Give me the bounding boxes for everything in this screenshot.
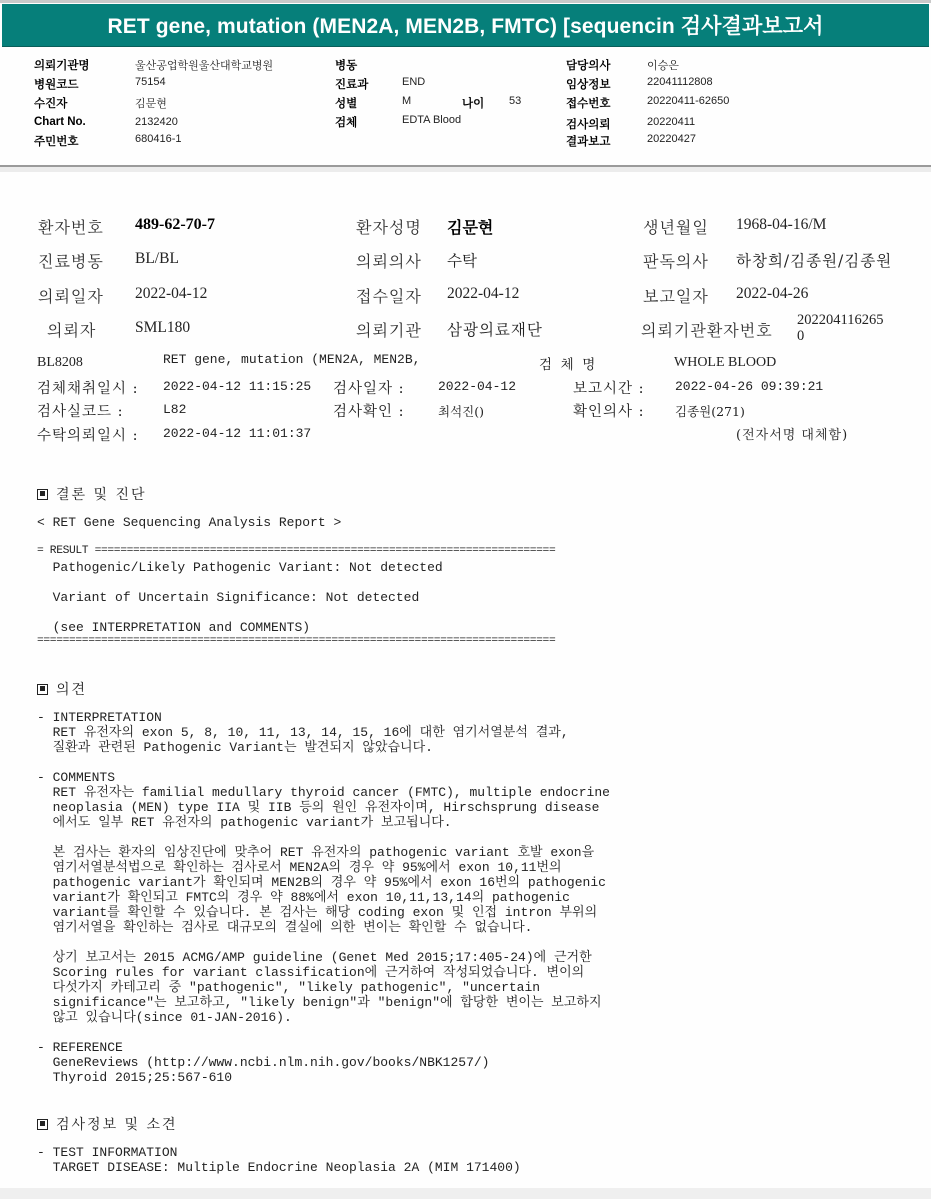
result-header: = RESULT ===============================… [37, 544, 555, 559]
reference-head: - REFERENCE [37, 1040, 123, 1055]
square-bullet-icon [37, 1119, 48, 1130]
comments-line: significance"는 보고하고, "likely benign"과 "b… [37, 995, 602, 1010]
result-line: (see INTERPRETATION and COMMENTS) [37, 620, 310, 635]
ref-institution-label: 의뢰기관 [356, 318, 422, 341]
ref-patient-no-label: 의뢰기관환자번호 [641, 318, 773, 341]
section-opinion: 의견 [37, 679, 87, 699]
square-bullet-icon [37, 489, 48, 500]
header-value: M [402, 95, 411, 107]
comments-line: 상기 보고서는 2015 ACMG/AMP guideline (Genet M… [37, 950, 592, 965]
patient-name-value: 김문현 [447, 215, 493, 238]
comments-line: variant를 확인할 수 있습니다. 본 검사는 해당 coding exo… [37, 905, 597, 920]
header-label: 병동 [335, 57, 357, 73]
section-title: 결론 및 진단 [56, 484, 147, 504]
header-value: 75154 [135, 76, 166, 88]
requester-label: 의뢰자 [47, 318, 96, 341]
comments-line: Scoring rules for variant classification… [37, 965, 584, 980]
comments-line: 염기서열을 확인하는 검사로 대규모의 결실에 의한 변이는 확인할 수 없습니… [37, 920, 532, 935]
header-label: 임상정보 [566, 76, 610, 92]
reading-doctor-label: 판독의사 [643, 249, 709, 272]
square-bullet-icon [37, 684, 48, 695]
comments-line: 염기서열분석법으로 확인하는 검사로서 MEN2A의 경우 약 95%에서 ex… [37, 860, 562, 875]
ward-label: 진료병동 [38, 249, 104, 272]
specimen-label: 검 체 명 [539, 353, 595, 373]
ref-institution-value: 삼광의료재단 [447, 318, 543, 340]
section-test-info: 검사정보 및 소견 [37, 1114, 178, 1134]
birth-value: 1968-04-16/M [736, 216, 826, 234]
test-name: RET gene, mutation (MEN2A, MEN2B, [163, 352, 420, 367]
ref-patient-no-value-cont: 0 [797, 328, 804, 345]
comments-line: neoplasia (MEN) type IIA 및 IIB 등의 원인 유전자… [37, 800, 599, 815]
lab-code-label: 검사실코드 : [37, 400, 124, 421]
comments-line: pathogenic variant가 확인되며 MEN2B의 경우 약 95%… [37, 875, 606, 890]
reference-line: GeneReviews (http://www.ncbi.nlm.nih.gov… [37, 1055, 489, 1070]
ward-value: BL/BL [135, 250, 179, 268]
lab-code-value: L82 [163, 402, 186, 417]
comments-line: 않고 있습니다(since 01-JAN-2016). [37, 1010, 292, 1025]
interpretation-line: 질환과 관련된 Pathogenic Variant는 발견되지 않았습니다. [37, 740, 433, 755]
receipt-date-label: 접수일자 [356, 284, 422, 307]
test-code: BL8208 [37, 355, 83, 371]
header-label: 결과보고 [566, 133, 610, 149]
comments-line: 다섯가지 카테고리 중 "pathogenic", "likely pathog… [37, 980, 540, 995]
report-time-label: 보고시간 : [573, 377, 645, 398]
header-label: 수진자 [34, 95, 67, 111]
result-line: Variant of Uncertain Significance: Not d… [37, 590, 419, 605]
report-title-line: < RET Gene Sequencing Analysis Report > [37, 515, 341, 530]
confirm-doctor-value: 김종원(271) [675, 402, 745, 420]
receipt-date-value: 2022-04-12 [447, 285, 519, 303]
comments-line: 에서도 일부 RET 유전자의 pathogenic variant가 보고됩니… [37, 815, 452, 830]
patient-no-value: 489-62-70-7 [135, 216, 215, 234]
bottom-band [0, 1188, 931, 1199]
consign-value: 2022-04-12 11:01:37 [163, 426, 311, 441]
collect-value: 2022-04-12 11:15:25 [163, 379, 311, 394]
header-value: 울산공업학원울산대학교병원 [135, 57, 273, 73]
request-date-label: 의뢰일자 [38, 284, 104, 307]
header-label: 주민번호 [34, 133, 78, 149]
header-label: 담당의사 [566, 57, 610, 73]
interpretation-line: RET 유전자의 exon 5, 8, 10, 11, 13, 14, 15, … [37, 725, 569, 740]
header-label: 병원코드 [34, 76, 78, 92]
report-date-value: 2022-04-26 [736, 285, 808, 303]
ref-doctor-label: 의뢰의사 [356, 249, 422, 272]
patient-no-label: 환자번호 [38, 215, 104, 238]
report-time-value: 2022-04-26 09:39:21 [675, 379, 823, 394]
interpretation-head: - INTERPRETATION [37, 710, 162, 725]
consign-label: 수탁의뢰일시 : [37, 424, 139, 445]
header-label: 검체 [335, 114, 357, 130]
header-value: 20220411-62650 [647, 95, 729, 107]
test-date-value: 2022-04-12 [438, 379, 516, 394]
header-value: 22041112808 [647, 76, 713, 88]
patient-name-label: 환자성명 [356, 215, 422, 238]
header-value: EDTA Blood [402, 114, 461, 126]
header-label: 접수번호 [566, 95, 610, 111]
header-label: 진료과 [335, 76, 368, 92]
header-label: Chart No. [34, 116, 86, 128]
collect-label: 검체채취일시 : [37, 377, 139, 398]
section-title: 검사정보 및 소견 [56, 1114, 178, 1134]
section-title: 의견 [56, 679, 87, 699]
header-value: 2132420 [135, 116, 178, 128]
divider-band [0, 167, 931, 172]
confirm-value: 최석진() [438, 402, 484, 420]
confirm-doctor-label: 확인의사 : [573, 400, 645, 421]
header-info: 의뢰기관명 울산공업학원울산대학교병원 병원코드 75154 수진자 김문현 C… [0, 0, 931, 160]
header-label: 의뢰기관명 [34, 57, 90, 73]
header-value: 김문현 [135, 95, 167, 111]
header-value: END [402, 76, 425, 88]
header-label: 나이 [462, 95, 484, 111]
test-date-label: 검사일자 : [333, 377, 405, 398]
header-value: 이승은 [647, 57, 679, 73]
report-date-label: 보고일자 [643, 284, 709, 307]
result-footer: ========================================… [37, 634, 555, 649]
header-value: 20220427 [647, 133, 696, 145]
comments-line: 본 검사는 환자의 임상진단에 맞추어 RET 유전자의 pathogenic … [37, 845, 594, 860]
section-conclusion: 결론 및 진단 [37, 484, 147, 504]
result-line: Pathogenic/Likely Pathogenic Variant: No… [37, 560, 443, 575]
header-value: 680416-1 [135, 133, 182, 145]
reading-doctor-value: 하창희/김종원/김종원 [736, 249, 892, 271]
header-label: 검사의뢰 [566, 116, 610, 132]
reference-line: Thyroid 2015;25:567-610 [37, 1070, 232, 1085]
confirm-label: 검사확인 : [333, 400, 405, 421]
header-value: 20220411 [647, 116, 695, 128]
birth-label: 생년월일 [643, 215, 709, 238]
header-value: 53 [509, 95, 521, 107]
comments-line: RET 유전자는 familial medullary thyroid canc… [37, 785, 610, 800]
testinfo-line: TARGET DISEASE: Multiple Endocrine Neopl… [37, 1160, 521, 1175]
request-date-value: 2022-04-12 [135, 285, 207, 303]
specimen-value: WHOLE BLOOD [674, 355, 776, 371]
testinfo-head: - TEST INFORMATION [37, 1145, 177, 1160]
comments-head: - COMMENTS [37, 770, 115, 785]
header-label: 성별 [335, 95, 357, 111]
comments-line: variant가 확인되고 FMTC의 경우 약 88%에서 exon 10,1… [37, 890, 570, 905]
ref-doctor-value: 수탁 [447, 249, 477, 271]
ref-patient-no-value: 202204116265 [797, 312, 883, 329]
signature-note: (전자서명 대체함) [736, 424, 848, 443]
requester-value: SML180 [135, 319, 190, 337]
